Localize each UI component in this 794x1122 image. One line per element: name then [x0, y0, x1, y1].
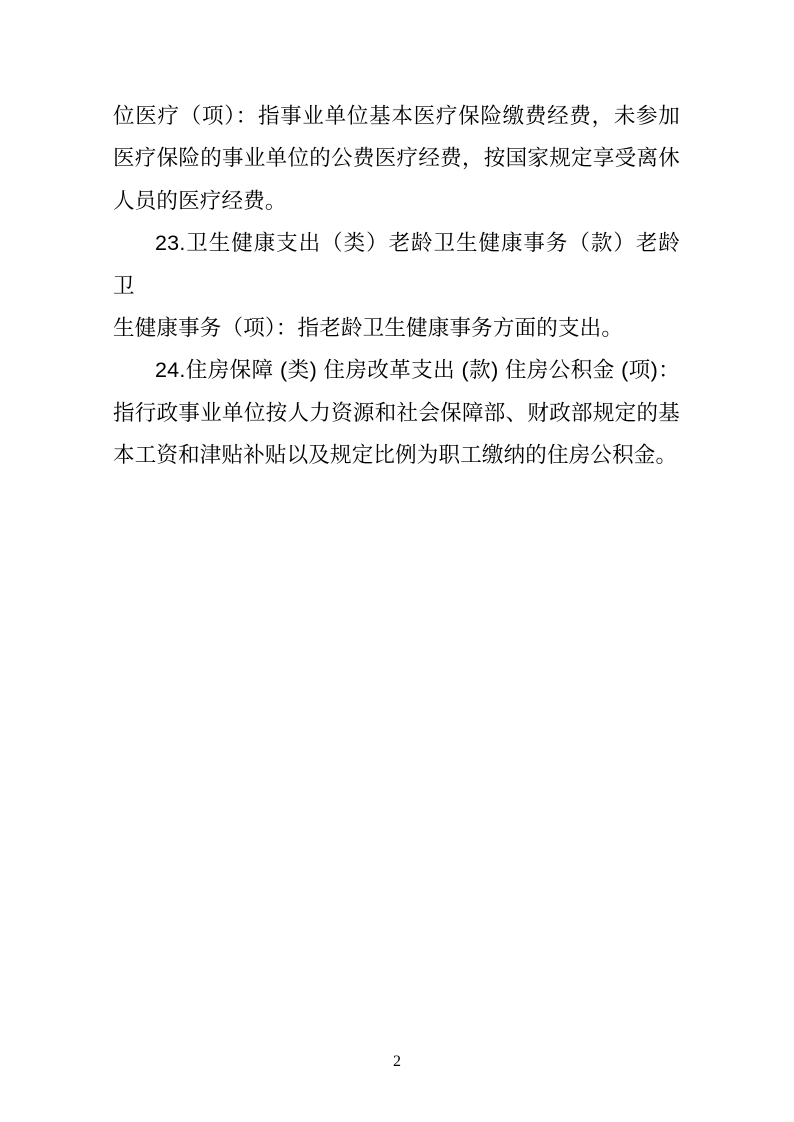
text-line: 位医疗（项）：指事业单位基本医疗保险缴费经费，未参加 — [113, 95, 680, 137]
page-footer: 2 — [0, 1053, 794, 1071]
document-page: 位医疗（项）：指事业单位基本医疗保险缴费经费，未参加 医疗保险的事业单位的公费医… — [0, 0, 794, 1122]
paragraph-continuation: 位医疗（项）：指事业单位基本医疗保险缴费经费，未参加 医疗保险的事业单位的公费医… — [113, 95, 680, 222]
text-line: 医疗保险的事业单位的公费医疗经费，按国家规定享受离休 — [113, 137, 680, 179]
paragraph-item-24: 24.住房保障 (类) 住房改革支出 (款) 住房公积金 (项)： 指行政事业单… — [113, 349, 680, 476]
text-line: 24.住房保障 (类) 住房改革支出 (款) 住房公积金 (项)： — [113, 349, 680, 391]
paragraph-item-23: 23.卫生健康支出（类）老龄卫生健康事务（款）老龄卫 生健康事务（项）：指老龄卫… — [113, 222, 680, 349]
document-body: 位医疗（项）：指事业单位基本医疗保险缴费经费，未参加 医疗保险的事业单位的公费医… — [113, 95, 680, 477]
text-line: 指行政事业单位按人力资源和社会保障部、财政部规定的基 — [113, 392, 680, 434]
text-line: 生健康事务（项）：指老龄卫生健康事务方面的支出。 — [113, 307, 680, 349]
text-line: 本工资和津贴补贴以及规定比例为职工缴纳的住房公积金。 — [113, 434, 680, 476]
page-number: 2 — [393, 1053, 401, 1070]
text-line: 23.卫生健康支出（类）老龄卫生健康事务（款）老龄卫 — [113, 222, 680, 307]
text-line: 人员的医疗经费。 — [113, 180, 680, 222]
